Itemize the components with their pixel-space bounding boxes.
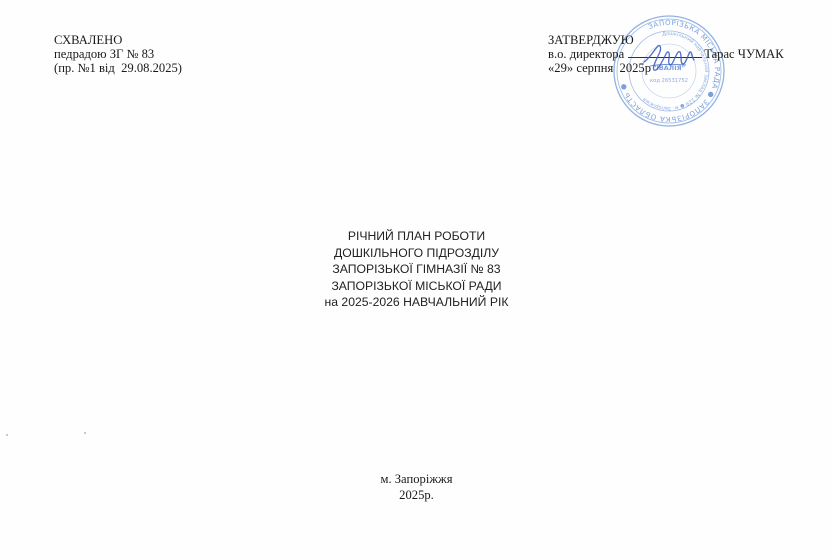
svg-text:код 26531752: код 26531752 [650,78,688,84]
title-line-4: ЗАПОРІЗЬКОЇ МІСЬКОЇ РАДИ [0,278,833,295]
title-line-1: РІЧНИЙ ПЛАН РОБОТИ [0,228,833,245]
title-line-5: на 2025-2026 НАВЧАЛЬНИЙ РІК [0,294,833,311]
document-page: СХВАЛЕНО педрадою ЗГ № 83 (пр. №1 від 29… [0,0,833,559]
footer-city: м. Запоріжжя [0,471,833,487]
signature-line [628,47,702,58]
approved-line-council: педрадою ЗГ № 83 [54,47,182,61]
footer-year: 2025р. [0,487,833,503]
confirm-date: «29» серпня 2025р [548,61,784,75]
approved-heading: СХВАЛЕНО [54,33,182,47]
confirm-position-line: в.о. директораТарас ЧУМАК [548,47,784,61]
scan-speck [6,434,8,436]
director-position: в.о. директора [548,47,624,61]
approved-line-protocol: (пр. №1 від 29.08.2025) [54,61,182,75]
approved-block: СХВАЛЕНО педрадою ЗГ № 83 (пр. №1 від 29… [54,33,182,75]
confirm-block: ЗАТВЕРДЖУЮ в.о. директораТарас ЧУМАК «29… [548,33,784,75]
director-name: Тарас ЧУМАК [704,47,783,61]
title-line-2: ДОШКІЛЬНОГО ПІДРОЗДІЛУ [0,245,833,262]
scan-speck [84,432,86,434]
title-line-3: ЗАПОРІЗЬКОЇ ГІМНАЗІЇ № 83 [0,261,833,278]
document-footer: м. Запоріжжя 2025р. [0,471,833,503]
document-title: РІЧНИЙ ПЛАН РОБОТИ ДОШКІЛЬНОГО ПІДРОЗДІЛ… [0,228,833,311]
confirm-heading: ЗАТВЕРДЖУЮ [548,33,784,47]
